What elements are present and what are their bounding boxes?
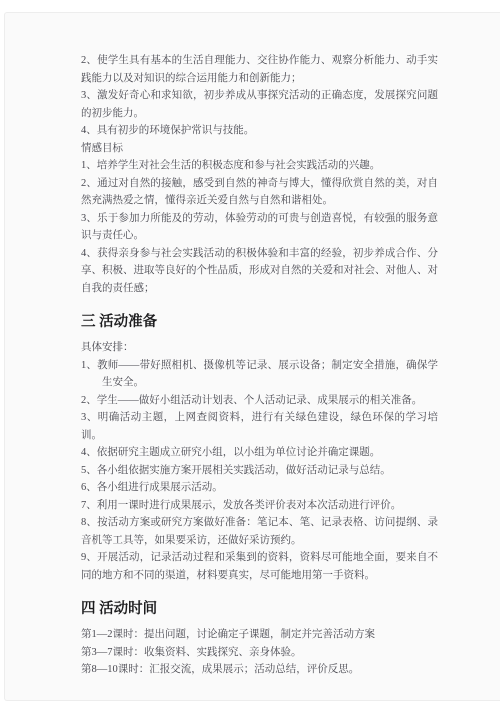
paragraph: 1、教师——带好照相机、摄像机等记录、展示设备；制定安全措施，确保学生安全。 — [81, 357, 438, 392]
document-content: 2、使学生具有基本的生活自理能力、交往协作能力、观察分析能力、动手实践能力以及对… — [81, 52, 438, 679]
paragraph: 2、学生——做好小组活动计划表、个人活动记录、成果展示的相关准备。 — [81, 392, 438, 410]
paragraph: 4、获得亲身参与社会实践活动的积极体验和丰富的经验，初步养成合作、分享、积极、进… — [81, 245, 438, 298]
paragraph: 7、利用一课时进行成果展示，发放各类评价表对本次活动进行评价。 — [81, 497, 438, 515]
paragraph: 具体安排： — [81, 339, 438, 357]
paragraph: 6、各小组进行成果展示活动。 — [81, 479, 438, 497]
section-heading: 三 活动准备 — [81, 313, 438, 332]
paragraph: 3、明确活动主题，上网查阅资料，进行有关绿色建设，绿色环保的学习培训。 — [81, 409, 438, 444]
paragraph: 4、具有初步的环境保护常识与技能。 — [81, 122, 438, 140]
paragraph: 2、使学生具有基本的生活自理能力、交往协作能力、观察分析能力、动手实践能力以及对… — [81, 52, 438, 87]
paragraph: 第3—7课时：收集资料、实践探究、亲身体验。 — [81, 644, 438, 662]
paragraph: 3、激发好奇心和求知欲，初步养成从事探究活动的正确态度，发展探究问题的初步能力。 — [81, 87, 438, 122]
paragraph: 3、乐于参加力所能及的劳动，体验劳动的可贵与创造喜悦，有较强的服务意识与责任心。 — [81, 210, 438, 245]
document-paper: 2、使学生具有基本的生活自理能力、交往协作能力、观察分析能力、动手实践能力以及对… — [4, 12, 500, 701]
paragraph: 情感目标 — [81, 140, 438, 158]
screenshot-viewport: 2、使学生具有基本的生活自理能力、交往协作能力、观察分析能力、动手实践能力以及对… — [0, 0, 500, 707]
paragraph: 第8—10课时：汇报交流，成果展示；活动总结，评价反思。 — [81, 661, 438, 679]
paragraph: 1、培养学生对社会生活的积极态度和参与社会实践活动的兴趣。 — [81, 157, 438, 175]
section-heading: 四 活动时间 — [81, 600, 438, 619]
paragraph: 4、依据研究主题成立研究小组，以小组为单位讨论并确定课题。 — [81, 444, 438, 462]
paragraph: 9、开展活动，记录活动过程和采集到的资料，资料尽可能地全面，要来自不同的地方和不… — [81, 549, 438, 584]
paragraph: 第1—2课时：提出问题，讨论确定子课题，制定并完善活动方案 — [81, 626, 438, 644]
paragraph: 8、按活动方案或研究方案做好准备：笔记本、笔、记录表格、访问提纲、录音机等工具等… — [81, 514, 438, 549]
paragraph: 5、各小组依据实施方案开展相关实践活动，做好活动记录与总结。 — [81, 462, 438, 480]
paragraph: 2、通过对自然的接触，感受到自然的神奇与博大，懂得欣赏自然的美，对自然充满热爱之… — [81, 175, 438, 210]
